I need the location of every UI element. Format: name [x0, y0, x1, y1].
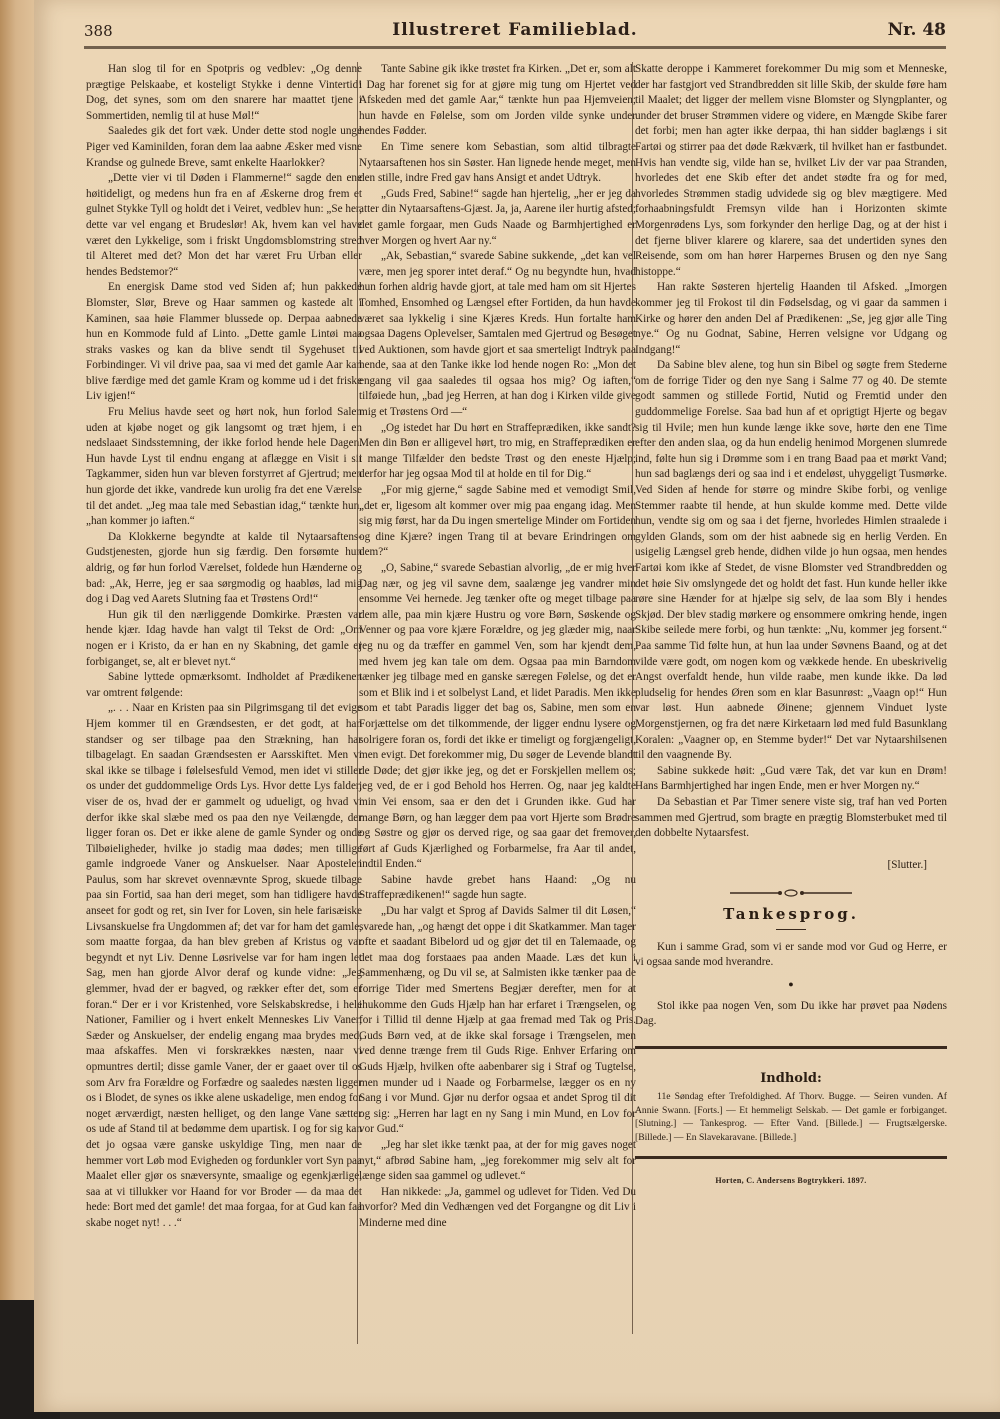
paragraph: „Jeg har slet ikke tænkt paa, at der for…	[359, 1138, 636, 1185]
paragraph: Da Klokkerne begyndte at kalde til Nytaa…	[86, 530, 362, 608]
paragraph: Da Sabine blev alene, tog hun sin Bibel …	[635, 358, 947, 763]
ornament-divider-icon	[730, 889, 852, 897]
paragraph: Skatte deroppe i Kammeret forekommer Du …	[635, 62, 947, 280]
paragraph: „Og istedet har Du hørt en Straffeprædik…	[359, 421, 636, 483]
aphorism: Kun i samme Grad, som vi er sande mod vo…	[635, 940, 947, 971]
paragraph: Sabine sukkede høit: „Gud være Tak, det …	[635, 764, 947, 795]
paragraph: „O, Sabine,“ svarede Sebastian alvorlig,…	[359, 561, 636, 873]
end-mark: [Slutter.]	[635, 858, 947, 874]
right-column: Skatte deroppe i Kammeret forekommer Du …	[635, 62, 947, 1189]
printer-imprint: Horten, C. Andersens Bogtrykkeri. 1897.	[635, 1173, 947, 1189]
page-header: 388 Illustreret Familieblad. Nr. 48	[84, 18, 946, 46]
title-rule	[776, 929, 806, 930]
header-rule	[84, 46, 946, 49]
aphorism: Stol ikke paa nogen Ven, som Du ikke har…	[635, 999, 947, 1030]
paragraph: Sabine havde grebet hans Haand: „Og nu S…	[359, 873, 636, 904]
paragraph: „Dette vier vi til Døden i Flammerne!“ s…	[86, 171, 362, 280]
paragraph: Saaledes gik det fort væk. Under dette s…	[86, 124, 362, 171]
paragraph: En Time senere kom Sebastian, som altid …	[359, 140, 636, 187]
newspaper-page: 388 Illustreret Familieblad. Nr. 48 Han …	[34, 0, 1000, 1412]
paragraph: Sabine lyttede opmærksomt. Indholdet af …	[86, 670, 362, 701]
paragraph: Fru Melius havde seet og hørt nok, hun f…	[86, 405, 362, 530]
paragraph: Hun gik til den nærliggende Domkirke. Pr…	[86, 608, 362, 670]
contents-list: 11e Søndag efter Trefoldighed. Af Thorv.…	[635, 1090, 947, 1144]
left-column: Han slog til for en Spotpris og vedblev:…	[86, 62, 362, 1232]
paragraph: „For mig gjerne,“ sagde Sabine med et ve…	[359, 483, 636, 561]
tankesprog-title: Tankesprog.	[635, 907, 947, 923]
paragraph: Tante Sabine gik ikke trøstet fra Kirken…	[359, 62, 636, 140]
separator-dot-icon: ●	[635, 977, 947, 993]
paragraph: Han slog til for en Spotpris og vedblev:…	[86, 62, 362, 124]
middle-column: Tante Sabine gik ikke trøstet fra Kirken…	[359, 62, 636, 1232]
publication-title: Illustreret Familieblad.	[84, 20, 946, 40]
paragraph: En energisk Dame stod ved Siden af; hun …	[86, 280, 362, 405]
paragraph: „Ak, Sebastian,“ svarede Sabine sukkende…	[359, 249, 636, 421]
paragraph: Han nikkede: „Ja, gammel og udlevet for …	[359, 1185, 636, 1232]
column-divider	[632, 62, 633, 1334]
paragraph: Da Sebastian et Par Timer senere viste s…	[635, 795, 947, 842]
paragraph: „Du har valgt et Sprog af Davids Salmer …	[359, 904, 636, 1138]
contents-title: Indhold:	[635, 1071, 947, 1087]
paragraph: Han rakte Søsteren hjertelig Haanden til…	[635, 280, 947, 358]
paragraph: „Guds Fred, Sabine!“ sagde han hjertelig…	[359, 187, 636, 249]
column-divider	[357, 62, 358, 1344]
issue-number: Nr. 48	[888, 20, 946, 40]
paragraph: „. . . Naar en Kristen paa sin Pilgrimsg…	[86, 701, 362, 1231]
contents-bottom-rule	[635, 1156, 947, 1159]
contents-top-rule	[635, 1046, 947, 1049]
